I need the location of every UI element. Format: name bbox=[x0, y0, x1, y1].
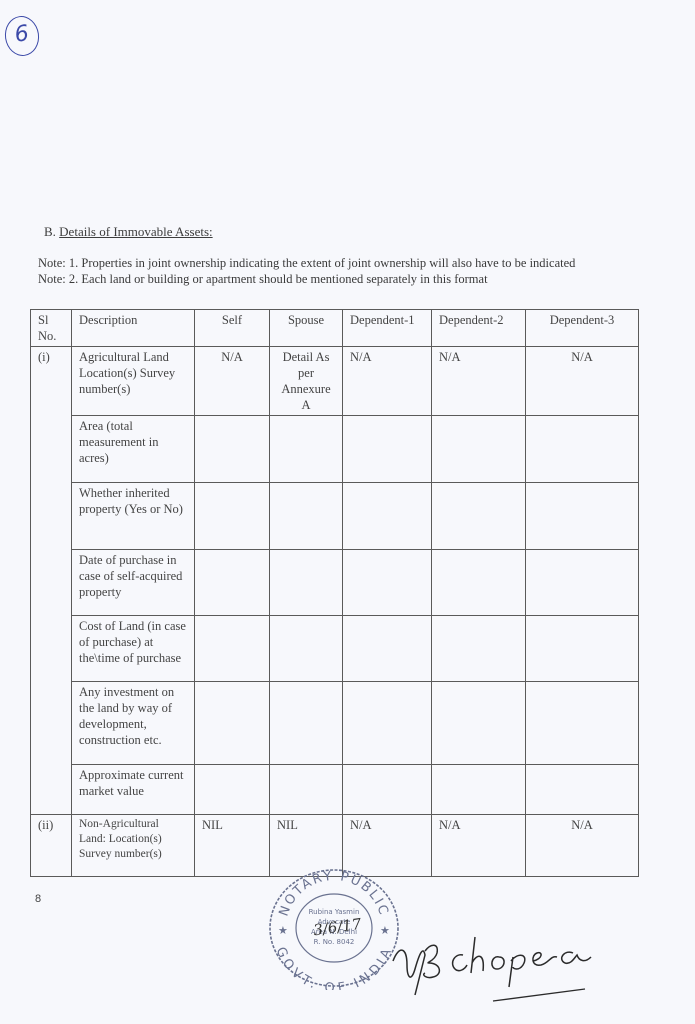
table-row: Area (total measurement in acres) bbox=[31, 416, 639, 483]
table-row: Approximate current market value bbox=[31, 765, 639, 815]
row-description: Whether inherited property (Yes or No) bbox=[72, 483, 195, 550]
note-1: Note: 1. Properties in joint ownership i… bbox=[38, 256, 575, 271]
row-spouse bbox=[270, 416, 343, 483]
table-row: Whether inherited property (Yes or No) bbox=[31, 483, 639, 550]
header-spouse: Spouse bbox=[270, 310, 343, 347]
row-dependent-3: N/A bbox=[526, 347, 639, 416]
table-row: (i) Agricultural Land Location(s) Survey… bbox=[31, 347, 639, 416]
handwritten-page-marker: 6 bbox=[2, 14, 41, 58]
row-self bbox=[195, 682, 270, 765]
footer-page-number: 8 bbox=[35, 893, 41, 905]
row-dependent-2 bbox=[432, 682, 526, 765]
row-spouse bbox=[270, 765, 343, 815]
row-dependent-2: N/A bbox=[432, 815, 526, 877]
row-dependent-1 bbox=[343, 765, 432, 815]
table-header-row: Sl No. Description Self Spouse Dependent… bbox=[31, 310, 639, 347]
row-dependent-3 bbox=[526, 765, 639, 815]
table-row: Cost of Land (in case of purchase) at th… bbox=[31, 616, 639, 682]
note-2: Note: 2. Each land or building or apartm… bbox=[38, 272, 488, 287]
row-sl-no: (ii) bbox=[31, 815, 72, 877]
row-self bbox=[195, 483, 270, 550]
header-dependent-2: Dependent-2 bbox=[432, 310, 526, 347]
header-sl-no: Sl No. bbox=[31, 310, 72, 347]
row-spouse bbox=[270, 550, 343, 616]
row-description: Date of purchase in case of self-acquire… bbox=[72, 550, 195, 616]
row-spouse bbox=[270, 616, 343, 682]
table-row: Date of purchase in case of self-acquire… bbox=[31, 550, 639, 616]
row-spouse bbox=[270, 682, 343, 765]
row-spouse: Detail As per Annexure A bbox=[270, 347, 343, 416]
row-dependent-3 bbox=[526, 483, 639, 550]
section-heading: B. Details of Immovable Assets: bbox=[44, 224, 213, 240]
row-description: Non-Agricultural Land: Location(s) Surve… bbox=[72, 815, 195, 877]
row-dependent-3 bbox=[526, 616, 639, 682]
header-dependent-1: Dependent-1 bbox=[343, 310, 432, 347]
header-description: Description bbox=[72, 310, 195, 347]
notary-stamp: NOTARY PUBLIC GOVT. OF INDIA ★ ★ Rubina … bbox=[266, 866, 402, 990]
row-dependent-2 bbox=[432, 765, 526, 815]
row-dependent-1: N/A bbox=[343, 347, 432, 416]
signature-scribble-icon bbox=[385, 925, 615, 1005]
row-dependent-1 bbox=[343, 616, 432, 682]
header-dependent-3: Dependent-3 bbox=[526, 310, 639, 347]
row-dependent-2 bbox=[432, 483, 526, 550]
row-self: NIL bbox=[195, 815, 270, 877]
row-description: Agricultural Land Location(s) Survey num… bbox=[72, 347, 195, 416]
row-description: Any investment on the land by way of dev… bbox=[72, 682, 195, 765]
svg-text:★: ★ bbox=[278, 924, 288, 937]
row-sl-no: (i) bbox=[31, 347, 72, 815]
row-dependent-3 bbox=[526, 550, 639, 616]
row-description: Cost of Land (in case of purchase) at th… bbox=[72, 616, 195, 682]
row-dependent-1 bbox=[343, 416, 432, 483]
immovable-assets-table: Sl No. Description Self Spouse Dependent… bbox=[30, 309, 639, 877]
page-marker-text: 6 bbox=[4, 20, 39, 49]
row-dependent-3 bbox=[526, 682, 639, 765]
row-dependent-1 bbox=[343, 550, 432, 616]
row-description: Area (total measurement in acres) bbox=[72, 416, 195, 483]
row-description: Approximate current market value bbox=[72, 765, 195, 815]
row-dependent-2: N/A bbox=[432, 347, 526, 416]
row-dependent-1 bbox=[343, 483, 432, 550]
row-dependent-3 bbox=[526, 416, 639, 483]
row-dependent-2 bbox=[432, 616, 526, 682]
table-row: Any investment on the land by way of dev… bbox=[31, 682, 639, 765]
row-dependent-3: N/A bbox=[526, 815, 639, 877]
section-prefix: B. bbox=[44, 224, 56, 239]
svg-text:GOVT. OF INDIA: GOVT. OF INDIA bbox=[273, 945, 396, 990]
stamp-reg: R. No. 8042 bbox=[314, 938, 355, 946]
row-dependent-2 bbox=[432, 416, 526, 483]
row-self bbox=[195, 416, 270, 483]
row-dependent-1 bbox=[343, 682, 432, 765]
signature bbox=[385, 925, 615, 1005]
row-self bbox=[195, 616, 270, 682]
stamp-name: Rubina Yasmin bbox=[309, 908, 360, 916]
stamp-bottom-text: GOVT. OF INDIA bbox=[273, 945, 396, 990]
row-dependent-2 bbox=[432, 550, 526, 616]
header-self: Self bbox=[195, 310, 270, 347]
row-self bbox=[195, 550, 270, 616]
row-self: N/A bbox=[195, 347, 270, 416]
row-spouse bbox=[270, 483, 343, 550]
row-self bbox=[195, 765, 270, 815]
section-title: Details of Immovable Assets: bbox=[59, 224, 212, 239]
notary-seal-icon: NOTARY PUBLIC GOVT. OF INDIA ★ ★ Rubina … bbox=[266, 866, 402, 990]
